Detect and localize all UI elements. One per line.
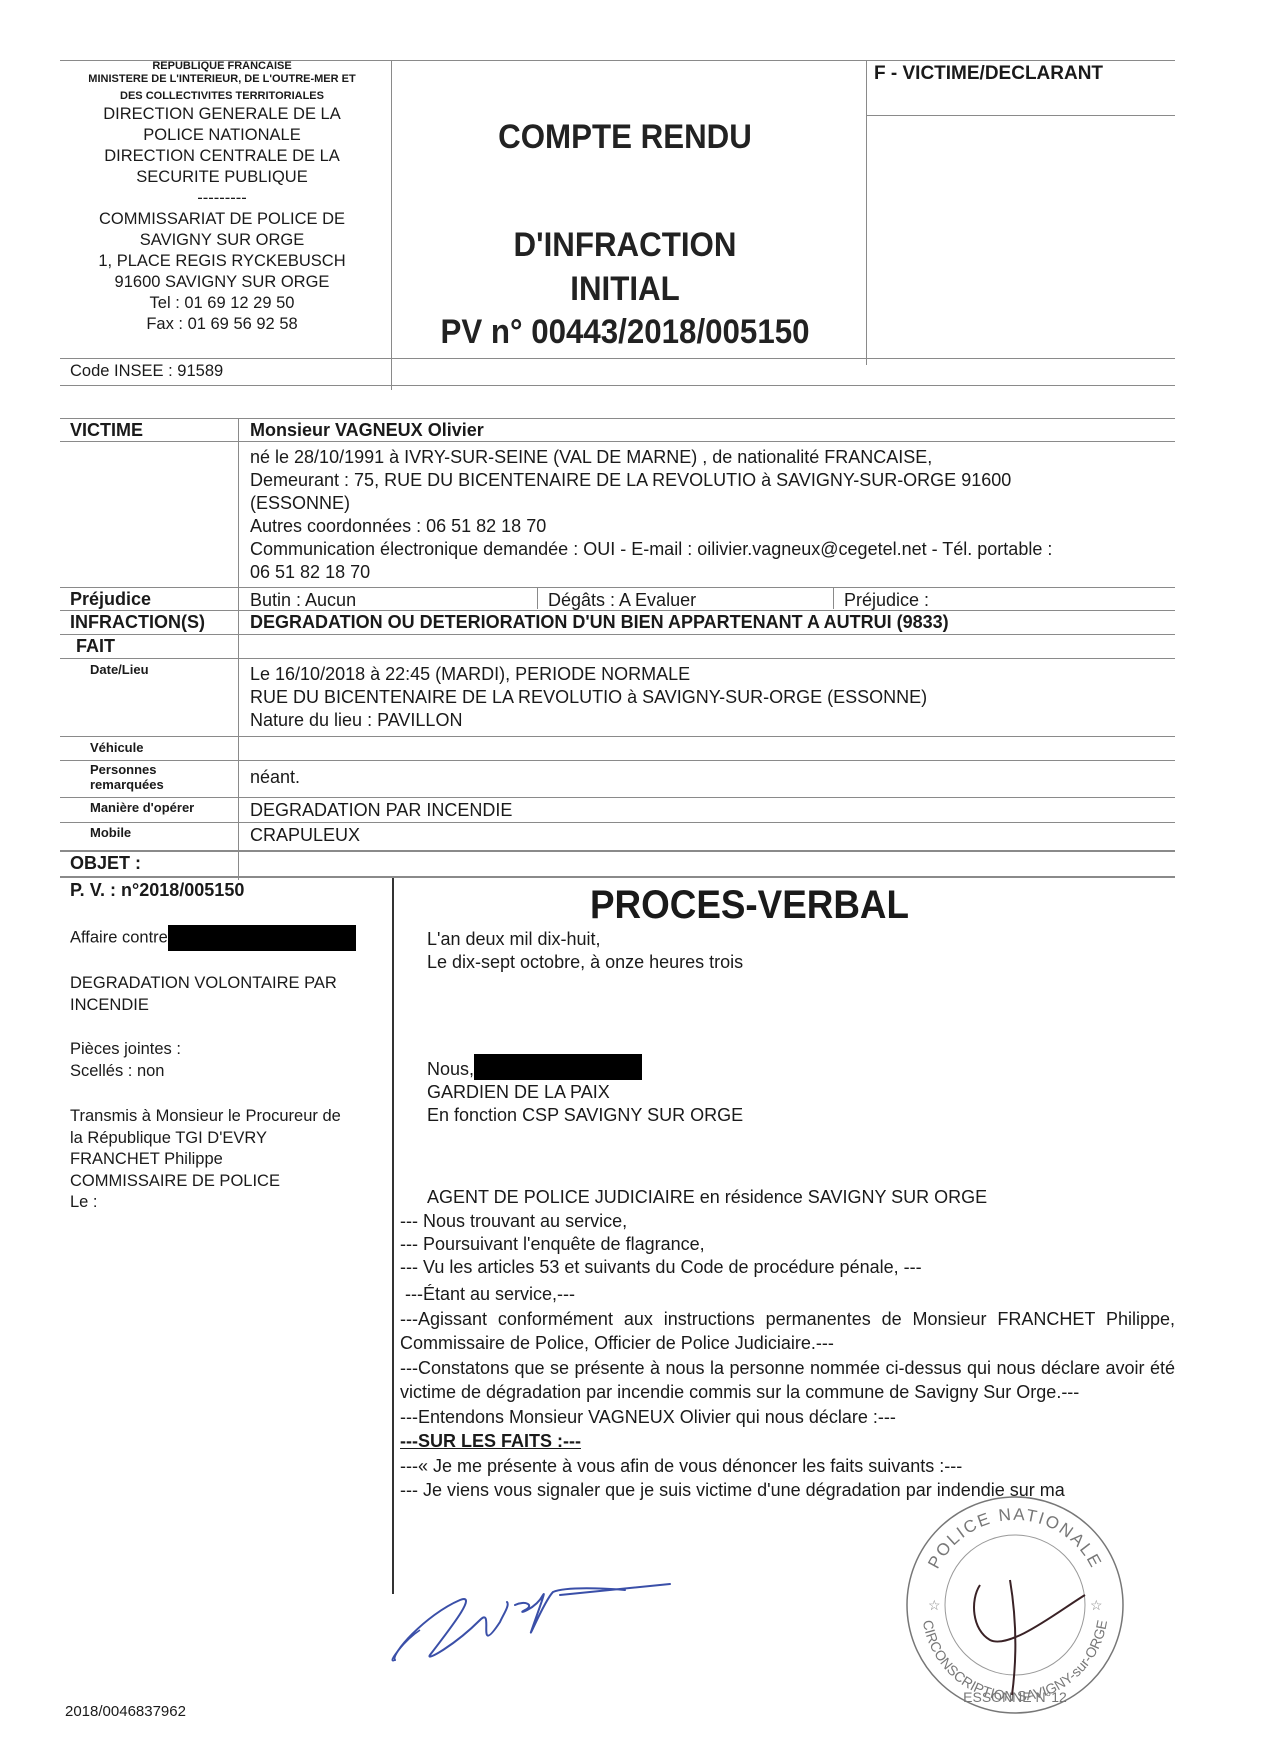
victim-top-rule (60, 418, 1175, 419)
officer-fonction: En fonction CSP SAVIGNY SUR ORGE (427, 1104, 743, 1127)
proces-verbal-title: PROCES-VERBAL (590, 883, 909, 928)
code-insee: Code INSEE : 91589 (70, 362, 223, 381)
transmis-line-5: Le : (70, 1192, 341, 1214)
pv-para-agissant: ---Agissant conformément aux instruction… (400, 1307, 1175, 1356)
affaire-contre-label: Affaire contre (70, 928, 168, 946)
officer-block: Nous, GARDIEN DE LA PAIX En fonction CSP… (427, 1058, 743, 1127)
infraction-top-rule (60, 610, 1175, 611)
victim-birth: né le 28/10/1991 à IVRY-SUR-SEINE (VAL D… (250, 446, 1170, 469)
header-insee-rule (60, 358, 1175, 359)
date-lieu-values: Le 16/10/2018 à 22:45 (MARDI), PERIODE N… (250, 663, 927, 732)
personnes-label: Personnes remarquées (90, 762, 164, 792)
faits-heading: ---SUR LES FAITS :--- (400, 1429, 1175, 1454)
infraction-value: DEGRADATION OU DETERIORATION D'UN BIEN A… (250, 612, 949, 633)
victim-details: né le 28/10/1991 à IVRY-SUR-SEINE (VAL D… (250, 446, 1170, 584)
title-initial: INITIAL (409, 270, 841, 309)
scelles: Scellés : non (70, 1060, 181, 1082)
pieces-scelles: Pièces jointes : Scellés : non (70, 1038, 181, 1082)
svg-text:POLICE NATIONALE: POLICE NATIONALE (924, 1505, 1106, 1572)
victim-address-1: Demeurant : 75, RUE DU BICENTENAIRE DE L… (250, 469, 1170, 492)
commissariat-city: 91600 SAVIGNY SUR ORGE (62, 272, 382, 293)
maniere-top-rule (60, 797, 1175, 798)
fait-label: FAIT (76, 636, 115, 657)
pv-para-presente: ---« Je me présente à vous afin de vous … (400, 1454, 1175, 1479)
victim-electronic-1: Communication électronique demandée : OU… (250, 538, 1170, 561)
redacted-officer-name (474, 1054, 642, 1080)
objet-label: OBJET : (70, 853, 141, 874)
issuing-authority: REPUBLIQUE FRANCAISE MINISTERE DE L'INTE… (62, 60, 382, 335)
date-lieu-top-rule (60, 658, 1175, 659)
nous-label: Nous, (427, 1059, 474, 1079)
form-type: F - VICTIME/DECLARANT (874, 63, 1103, 85)
prejudice-divider-1 (537, 587, 538, 609)
pv-para-constatons: ---Constatons que se présente à nous la … (400, 1356, 1175, 1405)
affaire-contre: Affaire contre (70, 925, 356, 951)
pv-para-entendons: ---Entendons Monsieur VAGNEUX Olivier qu… (400, 1405, 1175, 1430)
header-divider-left (391, 60, 392, 390)
pv-para-etant: ---Étant au service,--- (400, 1282, 1175, 1307)
degats-value: Dégâts : A Evaluer (548, 589, 696, 612)
prejudice-value: Préjudice : (844, 589, 929, 612)
personnes-value: néant. (250, 766, 300, 789)
fait-top-rule (60, 634, 1175, 635)
title-compte-rendu: COMPTE RENDU (409, 118, 841, 157)
procedure-line-2: --- Poursuivant l'enquête de flagrance, (400, 1233, 922, 1256)
mobile-value: CRAPULEUX (250, 824, 360, 847)
prejudice-top-rule (60, 587, 1175, 588)
direction-generale-2: POLICE NATIONALE (62, 125, 382, 146)
ministere-line-1: MINISTERE DE L'INTERIEUR, DE L'OUTRE-MER… (62, 73, 382, 86)
personnes-top-rule (60, 760, 1175, 761)
infraction-label: INFRACTION(S) (70, 612, 205, 633)
republique-label: REPUBLIQUE FRANCAISE (62, 60, 382, 73)
affaire-nature-1: DEGRADATION VOLONTAIRE PAR (70, 972, 337, 994)
personnes-label-1: Personnes (90, 762, 164, 777)
pv-number-title: PV n° 00443/2018/005150 (409, 313, 841, 352)
officer-grade: GARDIEN DE LA PAIX (427, 1081, 743, 1104)
objet-top-rule (60, 850, 1175, 852)
mobile-label: Mobile (90, 825, 131, 840)
svg-text:☆: ☆ (928, 1597, 941, 1613)
direction-centrale-2: SECURITE PUBLIQUE (62, 167, 382, 188)
date-lieu-line-1: Le 16/10/2018 à 22:45 (MARDI), PERIODE N… (250, 663, 927, 686)
vehicule-top-rule (60, 736, 1175, 737)
header-separator: --------- (62, 188, 382, 209)
document-id: 2018/0046837962 (65, 1703, 186, 1720)
vehicule-label: Véhicule (90, 740, 143, 755)
victim-address-2: (ESSONNE) (250, 492, 1170, 515)
victim-other-contact: Autres coordonnées : 06 51 82 18 70 (250, 515, 1170, 538)
prejudice-label: Préjudice (70, 589, 151, 610)
procedure-line-1: --- Nous trouvant au service, (400, 1210, 922, 1233)
victim-name: Monsieur VAGNEUX Olivier (250, 420, 484, 441)
redacted-suspect-name (168, 925, 356, 951)
objet-bottom-rule (60, 876, 1175, 878)
date-lieu-line-2: RUE DU BICENTENAIRE DE LA REVOLUTIO à SA… (250, 686, 927, 709)
transmis-block: Transmis à Monsieur le Procureur de la R… (70, 1106, 341, 1214)
prejudice-divider-2 (833, 587, 834, 609)
victim-signature (385, 1560, 675, 1670)
commissariat-1: COMMISSARIAT DE POLICE DE (62, 209, 382, 230)
mobile-top-rule (60, 822, 1175, 823)
maniere-label: Manière d'opérer (90, 800, 194, 815)
transmis-line-3: FRANCHET Philippe (70, 1149, 341, 1171)
victim-electronic-2: 06 51 82 18 70 (250, 561, 1170, 584)
direction-centrale-1: DIRECTION CENTRALE DE LA (62, 146, 382, 167)
pv-intro-year: L'an deux mil dix-huit, (427, 928, 743, 951)
pv-reference: P. V. : n°2018/005150 (70, 880, 244, 901)
affaire-nature-2: INCENDIE (70, 994, 337, 1016)
affaire-nature: DEGRADATION VOLONTAIRE PAR INCENDIE (70, 972, 337, 1016)
pieces-jointes: Pièces jointes : (70, 1038, 181, 1060)
title-infraction: D'INFRACTION (409, 226, 841, 265)
procedure-lines: --- Nous trouvant au service, --- Poursu… (400, 1210, 922, 1279)
form-type-rule (866, 115, 1175, 116)
commissariat-fax: Fax : 01 69 56 92 58 (62, 314, 382, 335)
date-lieu-line-3: Nature du lieu : PAVILLON (250, 709, 927, 732)
svg-text:☆: ☆ (1090, 1597, 1103, 1613)
officer-agent: AGENT DE POLICE JUDICIAIRE en résidence … (427, 1186, 987, 1209)
pv-intro: L'an deux mil dix-huit, Le dix-sept octo… (427, 928, 743, 974)
maniere-value: DEGRADATION PAR INCENDIE (250, 799, 512, 822)
victim-name-rule (60, 441, 1175, 442)
nous-line: Nous, (427, 1058, 743, 1081)
victim-label: VICTIME (70, 420, 143, 441)
commissariat-2: SAVIGNY SUR ORGE (62, 230, 382, 251)
header-divider-right (866, 60, 867, 365)
butin-value: Butin : Aucun (250, 589, 356, 612)
date-lieu-label: Date/Lieu (90, 662, 149, 677)
pv-intro-date: Le dix-sept octobre, à onze heures trois (427, 951, 743, 974)
police-stamp: POLICE NATIONALE CIRCONSCRIPTION SAVIGNY… (900, 1490, 1130, 1720)
commissariat-tel: Tel : 01 69 12 29 50 (62, 293, 382, 314)
transmis-line-1: Transmis à Monsieur le Procureur de (70, 1106, 341, 1128)
ministere-line-2: DES COLLECTIVITES TERRITORIALES (62, 90, 382, 103)
header-bottom-rule (60, 385, 1175, 386)
table-label-divider (238, 418, 239, 880)
pv-column-divider (392, 878, 394, 1594)
commissariat-address: 1, PLACE REGIS RYCKEBUSCH (62, 251, 382, 272)
procedure-line-3: --- Vu les articles 53 et suivants du Co… (400, 1256, 922, 1279)
transmis-line-2: la République TGI D'EVRY (70, 1128, 341, 1150)
direction-generale-1: DIRECTION GENERALE DE LA (62, 104, 382, 125)
transmis-line-4: COMMISSAIRE DE POLICE (70, 1171, 341, 1193)
personnes-label-2: remarquées (90, 777, 164, 792)
svg-text:ESSONNE N°12: ESSONNE N°12 (963, 1689, 1067, 1705)
pv-body: ---Étant au service,--- ---Agissant conf… (400, 1282, 1175, 1503)
